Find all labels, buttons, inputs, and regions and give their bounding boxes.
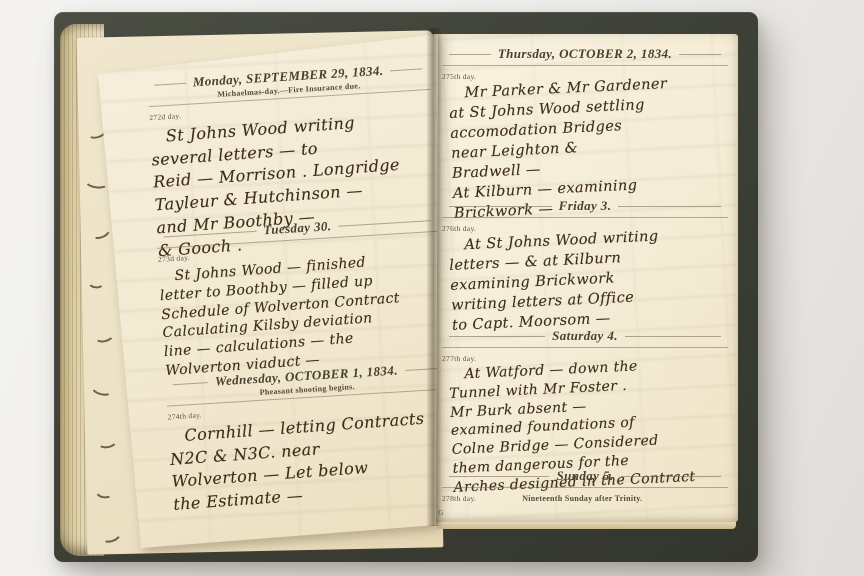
diary-entry-sunday-oct-5: Sunday 5. 278th day. Nineteenth Sunday a… [432,468,738,506]
entry-date-title: Thursday, OCTOBER 2, 1834. [498,46,672,62]
header-rule [173,382,208,385]
diary-entry-wednesday-oct-1: Wednesday, OCTOBER 1, 1834. Pheasant sho… [165,359,455,515]
day-number-row: 278th day. Nineteenth Sunday after Trini… [442,487,728,506]
header-rule [449,336,545,337]
day-of-year-label: 276th day. [442,224,476,233]
day-of-year-label: 272d day. [149,111,181,122]
signature-mark: G [438,508,443,517]
left-page-paper: Monday, SEPTEMBER 29, 1834. Michaelmas-d… [86,28,438,552]
header-rule [449,54,491,55]
photo-of-open-diary: { "photo": { "background_color": "#efeee… [0,0,864,576]
handwritten-entry-text: At St Johns Wood writing letters — & at … [448,223,732,336]
sunday-note: Nineteenth Sunday after Trinity. [522,494,642,503]
entry-header: Friday 3. [442,198,728,214]
entry-date-title: Saturday 4. [552,328,618,344]
header-rule [449,476,549,477]
header-rule [625,336,721,337]
header-rule [618,206,721,207]
day-of-year-label: 278th day. [442,494,476,503]
diary-entry-tuesday-sep-30: Tuesday 30. 273d day. St Johns Wood — fi… [156,212,447,379]
header-rule [679,54,721,55]
header-rule [164,230,257,237]
left-page-content: Monday, SEPTEMBER 29, 1834. Michaelmas-d… [147,54,458,556]
entry-header: Saturday 4. [442,328,728,344]
right-page-edge-strip [436,521,736,529]
entry-header: Thursday, OCTOBER 2, 1834. [442,46,728,62]
header-rule [621,476,721,477]
header-rule [449,206,552,207]
entry-date-title: Sunday 5. [556,468,613,484]
header-rule [405,367,440,370]
entry-date-title: Tuesday 30. [263,218,332,238]
handwritten-entry-text: St Johns Wood — finished letter to Booth… [158,248,447,380]
day-of-year-label: 274th day. [167,410,202,421]
diary-left-page-leaf: Monday, SEPTEMBER 29, 1834. Michaelmas-d… [86,28,438,552]
day-of-year-label: 275th day. [442,72,476,81]
day-of-year-label: 273d day. [158,253,190,264]
diary-right-page: Thursday, OCTOBER 2, 1834. 275th day. Mr… [432,34,738,522]
entry-date-title: Friday 3. [559,198,612,214]
header-rule [154,82,186,85]
diary-entry-friday-oct-3: Friday 3. 276th day. At St Johns Wood wr… [432,198,738,336]
day-of-year-label: 277th day. [442,354,476,363]
header-rule [338,220,431,227]
header-rule [390,68,422,71]
handwritten-entry-text: Cornhill — letting Contracts N2C & N3C. … [168,406,456,517]
entry-header: Sunday 5. [442,468,728,484]
